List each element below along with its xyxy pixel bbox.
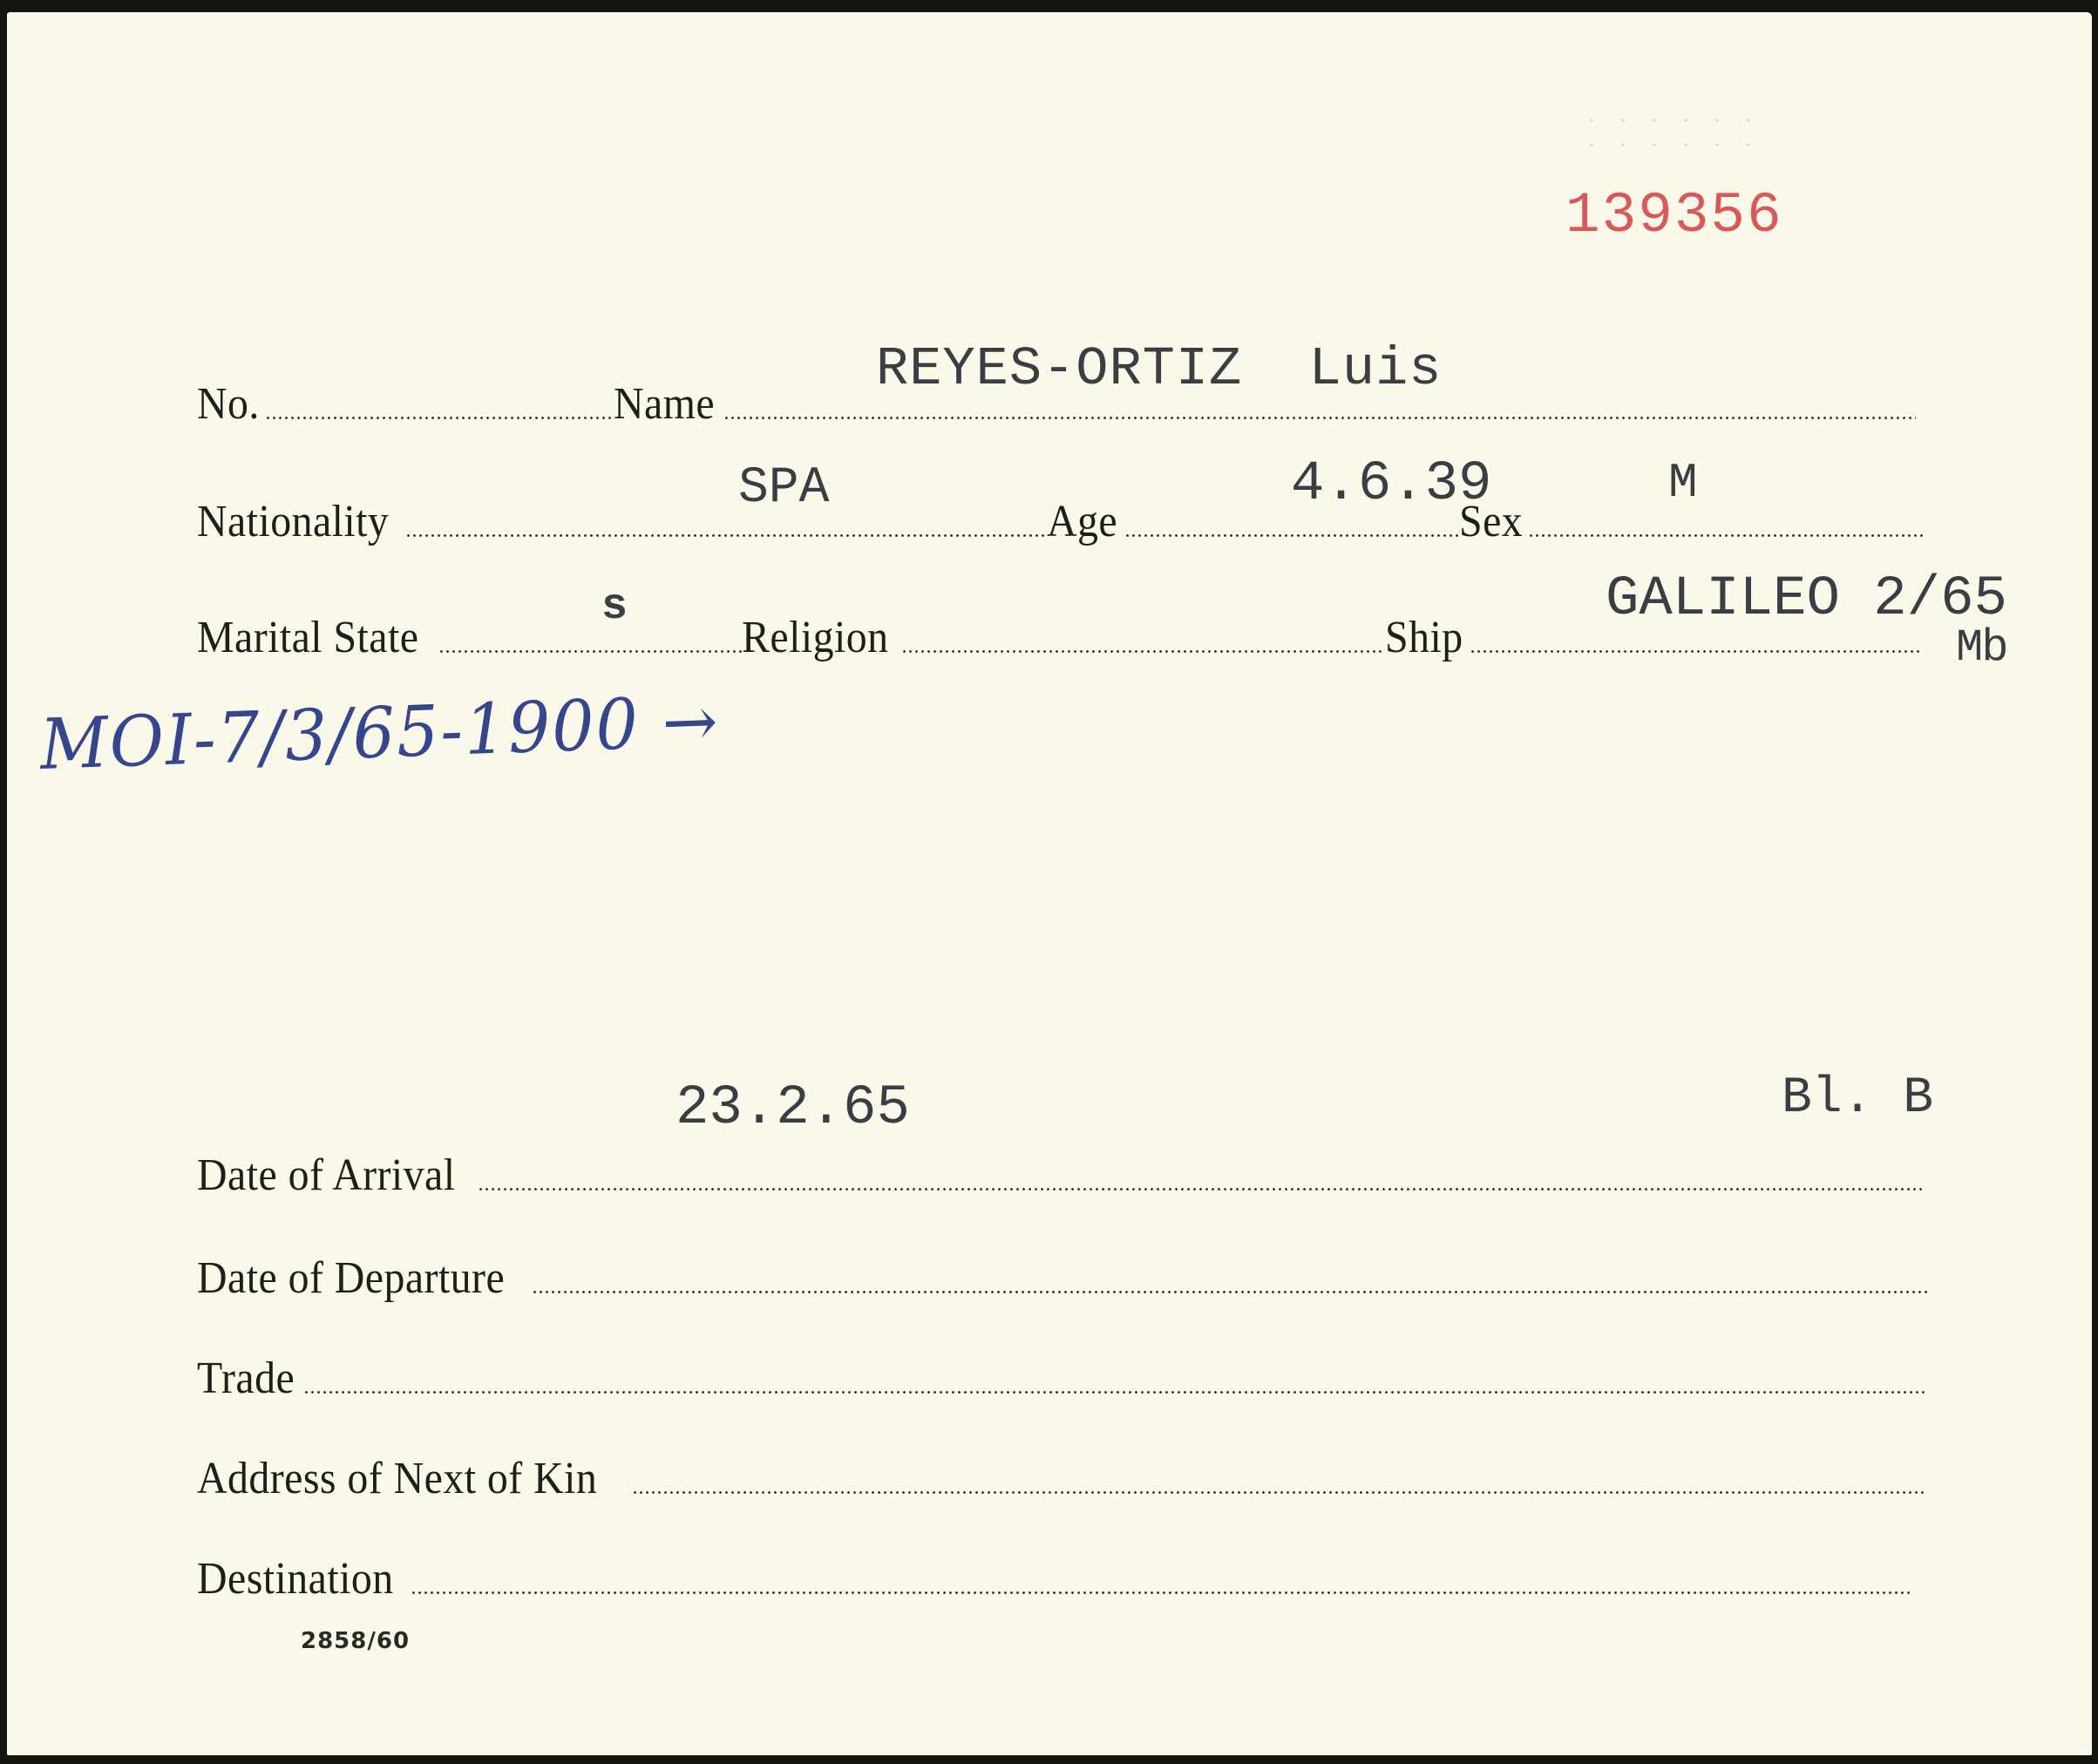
date-of-arrival-value: 23.2.65 [676, 1077, 910, 1140]
date-of-arrival-label: Date of Arrival [197, 1153, 455, 1198]
date-of-departure-label: Date of Departure [197, 1256, 505, 1301]
nationality-label: Nationality [197, 499, 389, 545]
ship-label: Ship [1385, 615, 1463, 661]
ship-field [1470, 650, 1923, 653]
row-nationality-age-sex: Nationality Age Sex [197, 484, 1923, 545]
ship-value: GALILEO 2/65 [1606, 568, 2007, 631]
name-value: REYES-ORTIZ Luis [876, 338, 1443, 400]
marital-state-field [438, 650, 742, 653]
row-destination: Destination [197, 1541, 1912, 1602]
age-field [1124, 534, 1459, 537]
no-field [265, 417, 614, 419]
name-label: Name [614, 382, 715, 427]
no-label: No. [197, 382, 260, 427]
row-date-of-departure: Date of Departure [197, 1240, 1928, 1301]
date-of-departure-field [532, 1291, 1928, 1293]
date-of-arrival-field [478, 1188, 1923, 1191]
sex-value: M [1668, 455, 1698, 511]
age-label: Age [1047, 499, 1117, 545]
address-next-of-kin-field [632, 1491, 1925, 1494]
trade-field [303, 1391, 1925, 1394]
destination-field [411, 1591, 1912, 1594]
age-value: 4.6.39 [1291, 453, 1491, 516]
date-of-arrival-annotation: Bl. B [1782, 1070, 1933, 1127]
faint-pencil-mark [1576, 108, 1768, 160]
sex-field [1528, 534, 1923, 537]
name-field [723, 417, 1916, 419]
nationality-field [405, 534, 1047, 537]
nationality-value: SPA [738, 460, 829, 517]
ship-annotation: Mb [1956, 622, 2006, 674]
marital-state-label: Marital State [197, 615, 418, 661]
religion-field [901, 650, 1385, 653]
row-trade: Trade [197, 1340, 1925, 1401]
trade-label: Trade [197, 1356, 295, 1401]
religion-label: Religion [742, 615, 888, 661]
form-code: 2858/60 [301, 1628, 410, 1654]
marital-state-value: s [601, 582, 628, 632]
address-next-of-kin-label: Address of Next of Kin [197, 1456, 597, 1502]
record-number: 139356 [1565, 183, 1783, 248]
row-date-of-arrival: Date of Arrival [197, 1137, 1923, 1198]
row-address-next-of-kin: Address of Next of Kin [197, 1441, 1925, 1502]
destination-label: Destination [197, 1557, 394, 1602]
